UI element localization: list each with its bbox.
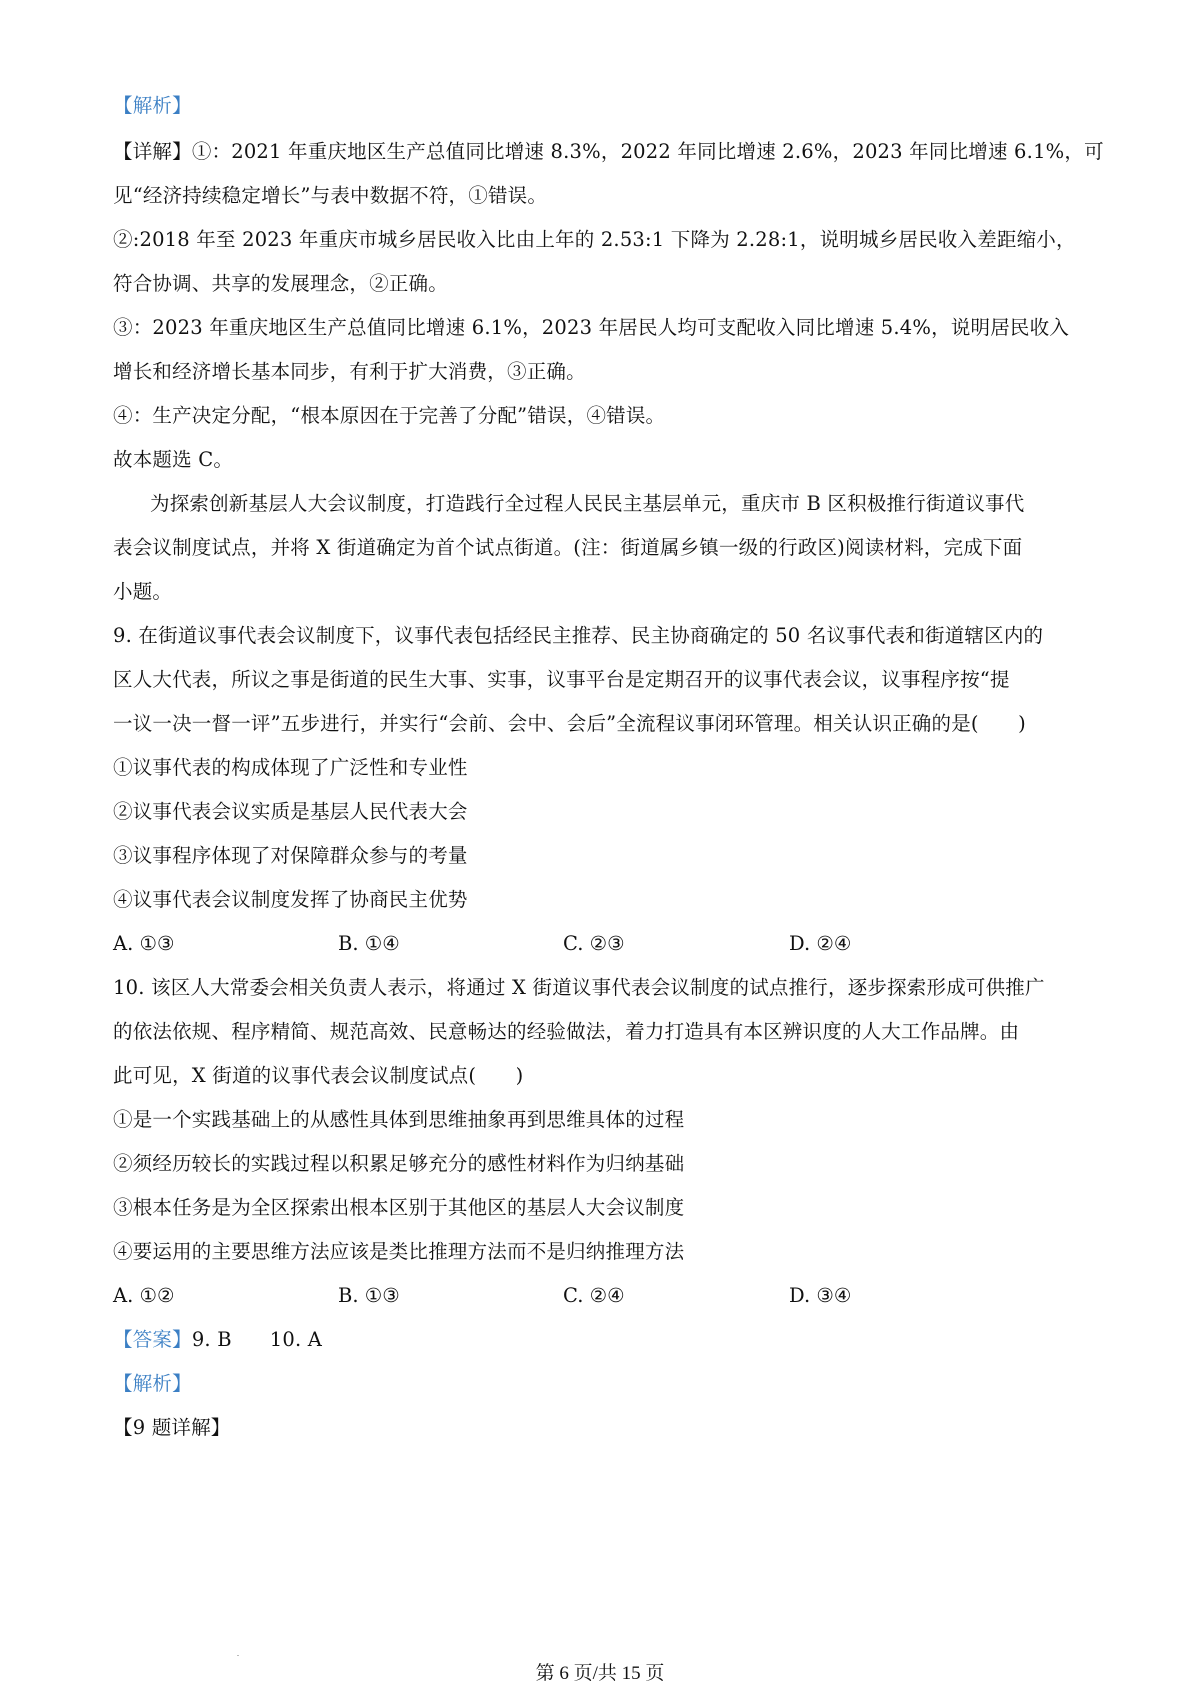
q10-statement-1: ①是一个实践基础上的从感性具体到思维抽象再到思维具体的过程 [113, 1108, 684, 1132]
material-line-3: 小题。 [113, 580, 172, 604]
q10-option-b[interactable]: B. ①③ [338, 1284, 400, 1308]
detail-q8-line-4: 符合协调、共享的发展理念，②正确。 [113, 272, 448, 296]
document-page: 【解析】 【详解】①：2021 年重庆地区生产总值同比增速 8.3%，2022 … [0, 0, 1200, 1698]
q10-stem-line-1: 10. 该区人大常委会相关负责人表示，将通过 X 街道议事代表会议制度的试点推行… [113, 976, 1045, 1000]
q10-option-d[interactable]: D. ③④ [789, 1284, 851, 1308]
detail-q8-conclusion: 故本题选 C。 [113, 448, 233, 472]
q9-option-d[interactable]: D. ②④ [789, 932, 851, 956]
q9-option-c[interactable]: C. ②③ [563, 932, 625, 956]
answer-line: 【答案】9. B10. A [113, 1328, 322, 1352]
answer-label: 【答案】 [113, 1328, 192, 1351]
q9-statement-3: ③议事程序体现了对保障群众参与的考量 [113, 844, 468, 868]
q9-stem-line-1: 9. 在街道议事代表会议制度下，议事代表包括经民主推荐、民主协商确定的 50 名… [113, 624, 1043, 648]
q9-stem-line-3: 一议一决一督一评”五步进行，并实行“会前、会中、会后”全流程议事闭环管理。相关认… [113, 712, 1026, 736]
q10-statement-4: ④要运用的主要思维方法应该是类比推理方法而不是归纳推理方法 [113, 1240, 684, 1264]
q9-detail-heading: 【9 题详解】 [113, 1416, 231, 1440]
q9-stem-line-2: 区人大代表，所议之事是街道的民生大事、实事，议事平台是定期召开的议事代表会议，议… [113, 668, 1010, 692]
analysis-heading-2: 【解析】 [113, 1372, 192, 1396]
answer-q10: 10. A [270, 1328, 322, 1351]
q9-statement-2: ②议事代表会议实质是基层人民代表大会 [113, 800, 468, 824]
q10-stem-line-3: 此可见，X 街道的议事代表会议制度试点( ) [113, 1064, 523, 1088]
q9-option-b[interactable]: B. ①④ [338, 932, 400, 956]
q9-statement-4: ④议事代表会议制度发挥了协商民主优势 [113, 888, 468, 912]
detail-q8-line-5: ③：2023 年重庆地区生产总值同比增速 6.1%，2023 年居民人均可支配收… [113, 316, 1069, 340]
material-line-1: 为探索创新基层人大会议制度，打造践行全过程人民民主基层单元，重庆市 B 区积极推… [150, 492, 1024, 516]
decorative-dot [237, 1655, 239, 1656]
q10-option-c[interactable]: C. ②④ [563, 1284, 625, 1308]
detail-q8-text: ①：2021 年重庆地区生产总值同比增速 8.3%，2022 年同比增速 2.6… [192, 140, 1104, 163]
detail-q8-line-2: 见“经济持续稳定增长”与表中数据不符，①错误。 [113, 184, 547, 208]
q10-statement-3: ③根本任务是为全区探索出根本区别于其他区的基层人大会议制度 [113, 1196, 684, 1220]
detail-q8-line-6: 增长和经济增长基本同步，有利于扩大消费，③正确。 [113, 360, 586, 384]
page-footer: 第 6 页/共 15 页 [0, 1658, 1200, 1685]
q10-statement-2: ②须经历较长的实践过程以积累足够充分的感性材料作为归纳基础 [113, 1152, 684, 1176]
detail-q8-line-7: ④：生产决定分配，“根本原因在于完善了分配”错误，④错误。 [113, 404, 665, 428]
material-line-2: 表会议制度试点，并将 X 街道确定为首个试点街道。(注：街道属乡镇一级的行政区)… [113, 536, 1022, 560]
detail-label: 【详解】 [113, 140, 192, 163]
detail-q8-line-3: ②:2018 年至 2023 年重庆市城乡居民收入比由上年的 2.53:1 下降… [113, 228, 1076, 252]
analysis-heading-1: 【解析】 [113, 94, 192, 118]
q9-statement-1: ①议事代表的构成体现了广泛性和专业性 [113, 756, 468, 780]
detail-q8-line-1: 【详解】①：2021 年重庆地区生产总值同比增速 8.3%，2022 年同比增速… [113, 140, 1104, 164]
q10-option-a[interactable]: A. ①② [113, 1284, 174, 1308]
q10-stem-line-2: 的依法依规、程序精简、规范高效、民意畅达的经验做法，着力打造具有本区辨识度的人大… [113, 1020, 1019, 1044]
answer-q9: 9. B [192, 1328, 232, 1351]
q9-option-a[interactable]: A. ①③ [113, 932, 174, 956]
